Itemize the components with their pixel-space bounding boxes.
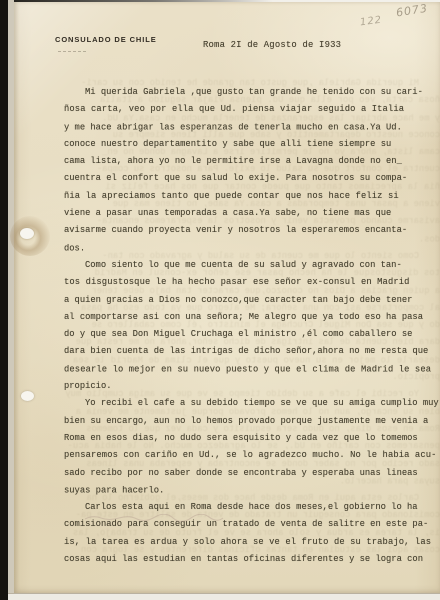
pencil-underline xyxy=(84,514,224,522)
letter-line: pensaremos con cariño en Ud., se lo agra… xyxy=(64,447,440,464)
dateline: Roma 2I de Agosto de I933 xyxy=(203,40,341,50)
scan-edge-left xyxy=(0,0,8,600)
punch-hole-bottom xyxy=(21,391,34,401)
letterhead-rule xyxy=(58,51,86,52)
letter-line: dos. xyxy=(64,240,440,257)
letter-line: cuentra el confort que su salud lo exije… xyxy=(64,170,440,187)
letter-line: Yo recibi el cafe a su debido tiempo se … xyxy=(64,395,440,412)
letter-line: propicio. xyxy=(64,378,440,395)
letter-line: a quien gracias a Dios no conozco,que ca… xyxy=(64,292,440,309)
letter-body: Mi querida Gabriela ,que gusto tan grand… xyxy=(64,84,440,568)
letter-line: y me hace abrigar las esperanzas de tene… xyxy=(64,119,440,136)
letter-line: sado recibo por no saber donde se encont… xyxy=(64,465,440,482)
letter-line: Roma en esos dias, no dudo sera esquisit… xyxy=(64,430,440,447)
letter-line: desearle lo mejor en su nuevo puesto y q… xyxy=(64,361,440,378)
letter-line: Mi querida Gabriela ,que gusto tan grand… xyxy=(64,84,440,101)
letter-line: bien su encargo, aun no lo hemos provado… xyxy=(64,413,440,430)
letter-line: is, la tarea es ardua y solo ahora se ve… xyxy=(64,534,440,551)
letter-line: tos disgustosque le ha hecho pasar ese s… xyxy=(64,274,440,291)
letter-line: dara bien cuenta de las intrigas de dich… xyxy=(64,343,440,360)
punch-hole-top xyxy=(20,228,34,239)
letter-line: conoce nuestro departamentito y sabe que… xyxy=(64,136,440,153)
letterhead-title: CONSULADO DE CHILE xyxy=(55,35,157,44)
letter-line: ñosa carta, veo por ella que Ud. piensa … xyxy=(64,101,440,118)
letter-line: avisarme cuando proyecta venir y nosotro… xyxy=(64,222,440,239)
letter-page: 6073 122 CONSULADO DE CHILE Roma 2I de A… xyxy=(14,2,440,593)
pencil-catalog-number: 6073 xyxy=(395,2,429,20)
letter-line: al comportarse asi con una señora; Me al… xyxy=(64,309,440,326)
letter-line: viene a pasar unas temporadas a casa.Ya … xyxy=(64,205,440,222)
letter-line: cama lista, ahora yo no le permitire irs… xyxy=(64,153,440,170)
letter-line: do y que sea Don Miguel Cruchaga el mini… xyxy=(64,326,440,343)
scan-edge-bottom xyxy=(8,593,440,600)
letter-line: ñia la apreciamos tanto que puede contar… xyxy=(64,188,440,205)
pencil-page-number: 122 xyxy=(359,15,382,29)
scanned-letter: 6073 122 CONSULADO DE CHILE Roma 2I de A… xyxy=(0,0,440,600)
letter-line: cosas aqui las estudian en tantas oficin… xyxy=(64,551,440,568)
letter-line: suyas para hacerlo. xyxy=(64,482,440,499)
letter-line: Como siento lo que me cuenta de su salud… xyxy=(64,257,440,274)
